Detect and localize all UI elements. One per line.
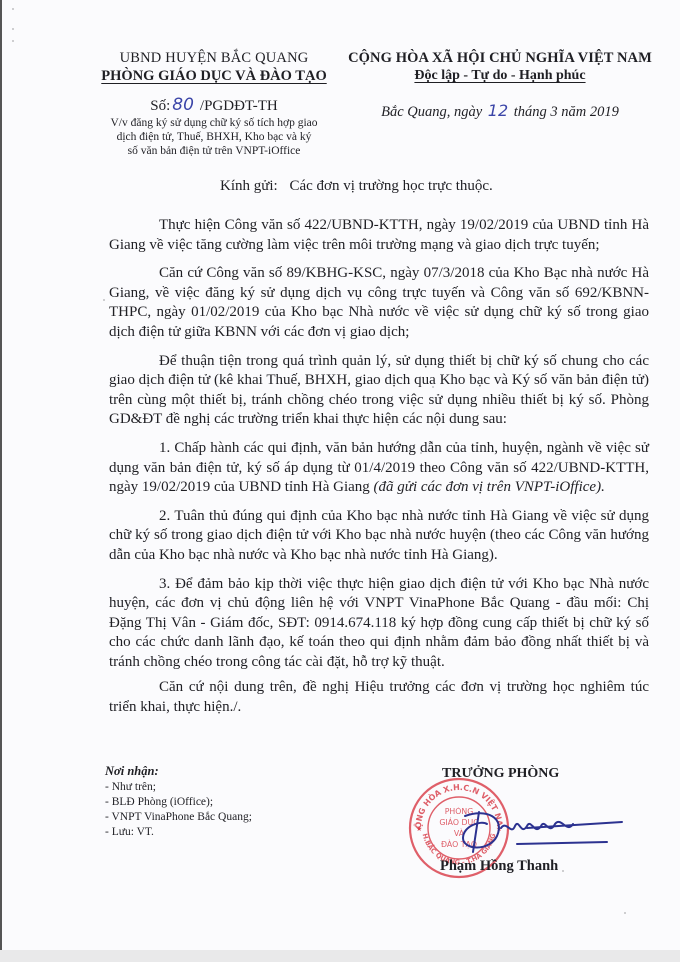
national-header: CỘNG HÒA XÃ HỘI CHỦ NGHĨA VIỆT NAM Độc l…: [340, 50, 660, 121]
closing-paragraph: Căn cứ nội dung trên, đề nghị Hiệu trưởn…: [109, 678, 649, 717]
national-motto: Độc lập - Tự do - Hạnh phúc: [340, 68, 660, 84]
issuer-header: UBND HUYỆN BẮC QUANG PHÒNG GIÁO DỤC VÀ Đ…: [94, 50, 334, 158]
national-title: CỘNG HÒA XÃ HỘI CHỦ NGHĨA VIỆT NAM: [340, 50, 660, 67]
list-item: 1. Chấp hành các qui định, văn bản hướng…: [109, 439, 649, 498]
paragraph: Để thuận tiện trong quá trình quản lý, s…: [109, 352, 649, 430]
paragraph: Căn cứ Công văn số 89/KBHG-KSC, ngày 07/…: [109, 264, 649, 342]
addressee: Kính gửi: Các đơn vị trường học trực thu…: [220, 178, 493, 195]
document-page: UBND HUYỆN BẮC QUANG PHÒNG GIÁO DỤC VÀ Đ…: [0, 0, 680, 950]
signature-block: CỘNG HÒA X.H.C.N VIỆT NAM H.BẮC QUANG - …: [407, 762, 627, 892]
distribution-item: - Lưu: VT.: [105, 825, 325, 840]
document-subject: V/v đăng ký sử dụng chữ ký số tích hợp g…: [94, 116, 334, 158]
addressee-value: Các đơn vị trường học trực thuộc.: [289, 178, 492, 194]
distribution-title: Nơi nhận:: [105, 764, 325, 779]
issuer-authority: UBND HUYỆN BẮC QUANG: [94, 50, 334, 67]
signer-role: TRƯỞNG PHÒNG: [442, 766, 559, 782]
handwritten-day: 12: [488, 101, 508, 120]
signer-name: Phạm Hồng Thanh: [440, 858, 558, 875]
paragraph: Thực hiện Công văn số 422/UBND-KTTH, ngà…: [109, 216, 649, 255]
document-date: Bắc Quang, ngày 12 tháng 3 năm 2019: [340, 101, 660, 121]
handwritten-signature-icon: [457, 806, 627, 856]
issuer-department: PHÒNG GIÁO DỤC VÀ ĐÀO TẠO: [94, 68, 334, 85]
document-body: Thực hiện Công văn số 422/UBND-KTTH, ngà…: [109, 216, 649, 727]
list-item: 3. Để đảm bảo kịp thời việc thực hiện gi…: [109, 575, 649, 673]
svg-text:★: ★: [416, 825, 422, 833]
distribution-list: Nơi nhận: - Như trên; - BLĐ Phòng (iOffi…: [105, 764, 325, 840]
document-number: Số:80/PGDĐT-TH: [94, 95, 334, 115]
list-item: 2. Tuân thủ đúng qui định của Kho bạc nh…: [109, 507, 649, 566]
distribution-item: - BLĐ Phòng (iOffice);: [105, 795, 325, 810]
distribution-item: - Như trên;: [105, 780, 325, 795]
addressee-label: Kính gửi:: [220, 178, 278, 194]
handwritten-number: 80: [172, 95, 194, 115]
distribution-item: - VNPT VinaPhone Bắc Quang;: [105, 810, 325, 825]
